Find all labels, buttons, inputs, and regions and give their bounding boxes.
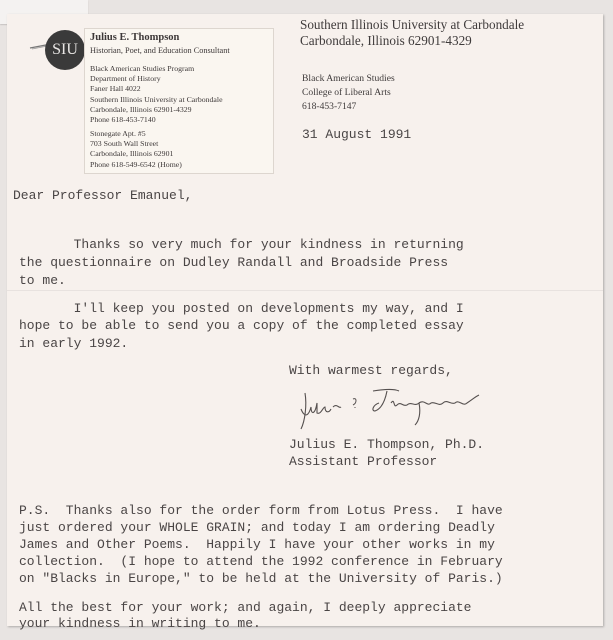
final-paragraph-line: All the best for your work; and again, I… <box>19 600 471 615</box>
salutation: Dear Professor Emanuel, <box>13 188 192 203</box>
business-card: Julius E. Thompson Historian, Poet, and … <box>84 28 274 174</box>
signer-title: Assistant Professor <box>289 454 437 469</box>
closing: With warmest regards, <box>289 363 453 378</box>
paragraph2-line: hope to be able to send you a copy of th… <box>19 318 464 333</box>
postscript-line: collection. (I hope to attend the 1992 c… <box>19 554 503 569</box>
handwritten-signature <box>295 385 495 433</box>
postscript-line: P.S. Thanks also for the order form from… <box>19 503 503 518</box>
letter-date: 31 August 1991 <box>302 127 411 142</box>
postscript-line: just ordered your WHOLE GRAIN; and today… <box>19 520 495 535</box>
final-paragraph-line: your kindness in writing to me. <box>19 616 261 631</box>
card-office-address: Black American Studies Program Departmen… <box>90 64 223 125</box>
fold-crease <box>7 290 603 291</box>
paragraph1-line: to me. <box>19 273 66 288</box>
signer-name: Julius E. Thompson, Ph.D. <box>289 437 484 452</box>
paragraph2-line: I'll keep you posted on developments my … <box>19 301 464 316</box>
letterhead-department: Black American Studies College of Libera… <box>302 72 395 113</box>
card-home-address: Stonegate Apt. #5 703 South Wall Street … <box>90 129 182 170</box>
paragraph1-line: Thanks so very much for your kindness in… <box>19 237 464 252</box>
letterhead-institution: Southern Illinois University at Carbonda… <box>300 17 524 49</box>
card-name: Julius E. Thompson <box>90 32 179 43</box>
postscript-line: James and Other Poems. Happily I have yo… <box>19 537 495 552</box>
card-title: Historian, Poet, and Education Consultan… <box>90 46 230 55</box>
siu-logo: SIU <box>45 30 85 70</box>
paragraph1-line: the questionnaire on Dudley Randall and … <box>19 255 448 270</box>
paragraph2-line: in early 1992. <box>19 336 128 351</box>
postscript-line: on "Blacks in Europe," to be held at the… <box>19 571 503 586</box>
